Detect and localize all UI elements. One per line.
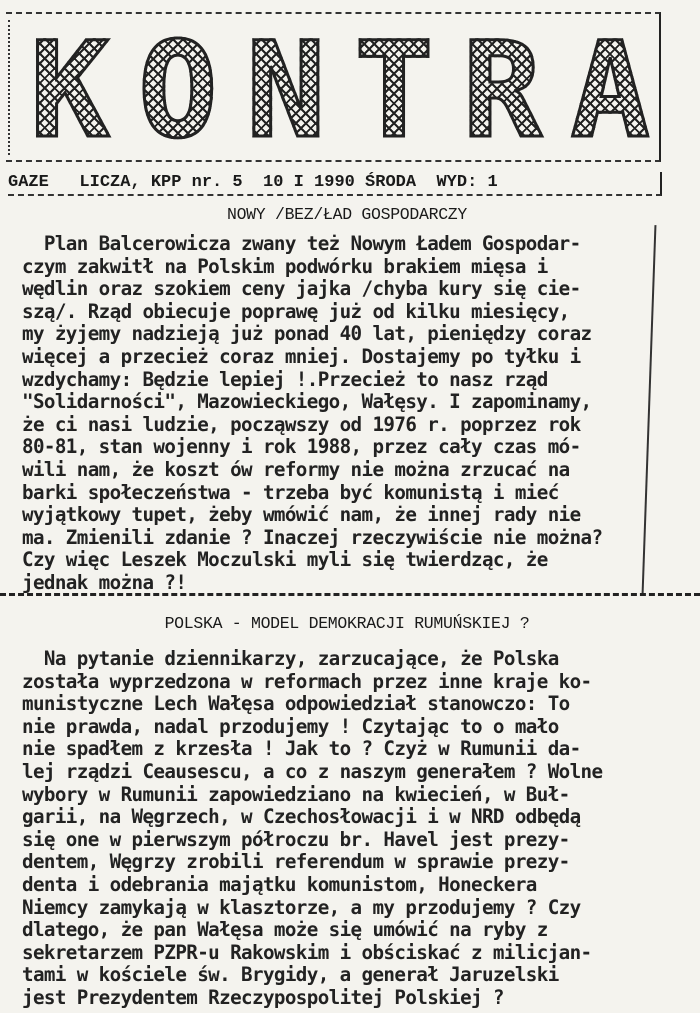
title-letter: A bbox=[570, 28, 649, 154]
title-letter: T bbox=[354, 28, 433, 154]
newspaper-title: K O N T R A bbox=[30, 28, 650, 154]
article-polish-democracy: POLSKA - MODEL DEMOKRACJI RUMUŃSKIEJ ? N… bbox=[22, 612, 672, 1010]
title-letter: R bbox=[462, 28, 541, 154]
article-title: POLSKA - MODEL DEMOKRACJI RUMUŃSKIEJ ? bbox=[22, 612, 672, 636]
article-title: NOWY /BEZ/ŁAD GOSPODARCZY bbox=[22, 203, 672, 227]
masthead: K O N T R A bbox=[6, 12, 661, 162]
article-body: Na pytanie dziennikarzy, zarzucające, że… bbox=[22, 648, 672, 1010]
article-body: Plan Balcerowicza zwany też Nowym Ładem … bbox=[22, 233, 672, 595]
title-letter: N bbox=[246, 28, 325, 154]
issue-info-line: GAZE LICZA, KPP nr. 5 10 I 1990 ŚRODA WY… bbox=[8, 172, 662, 196]
article-economic-order: NOWY /BEZ/ŁAD GOSPODARCZY Plan Balcerowi… bbox=[22, 203, 672, 595]
title-letter: O bbox=[138, 28, 217, 154]
title-letter: K bbox=[30, 28, 109, 154]
section-divider bbox=[0, 593, 700, 596]
masthead-border-ornament bbox=[8, 20, 20, 155]
